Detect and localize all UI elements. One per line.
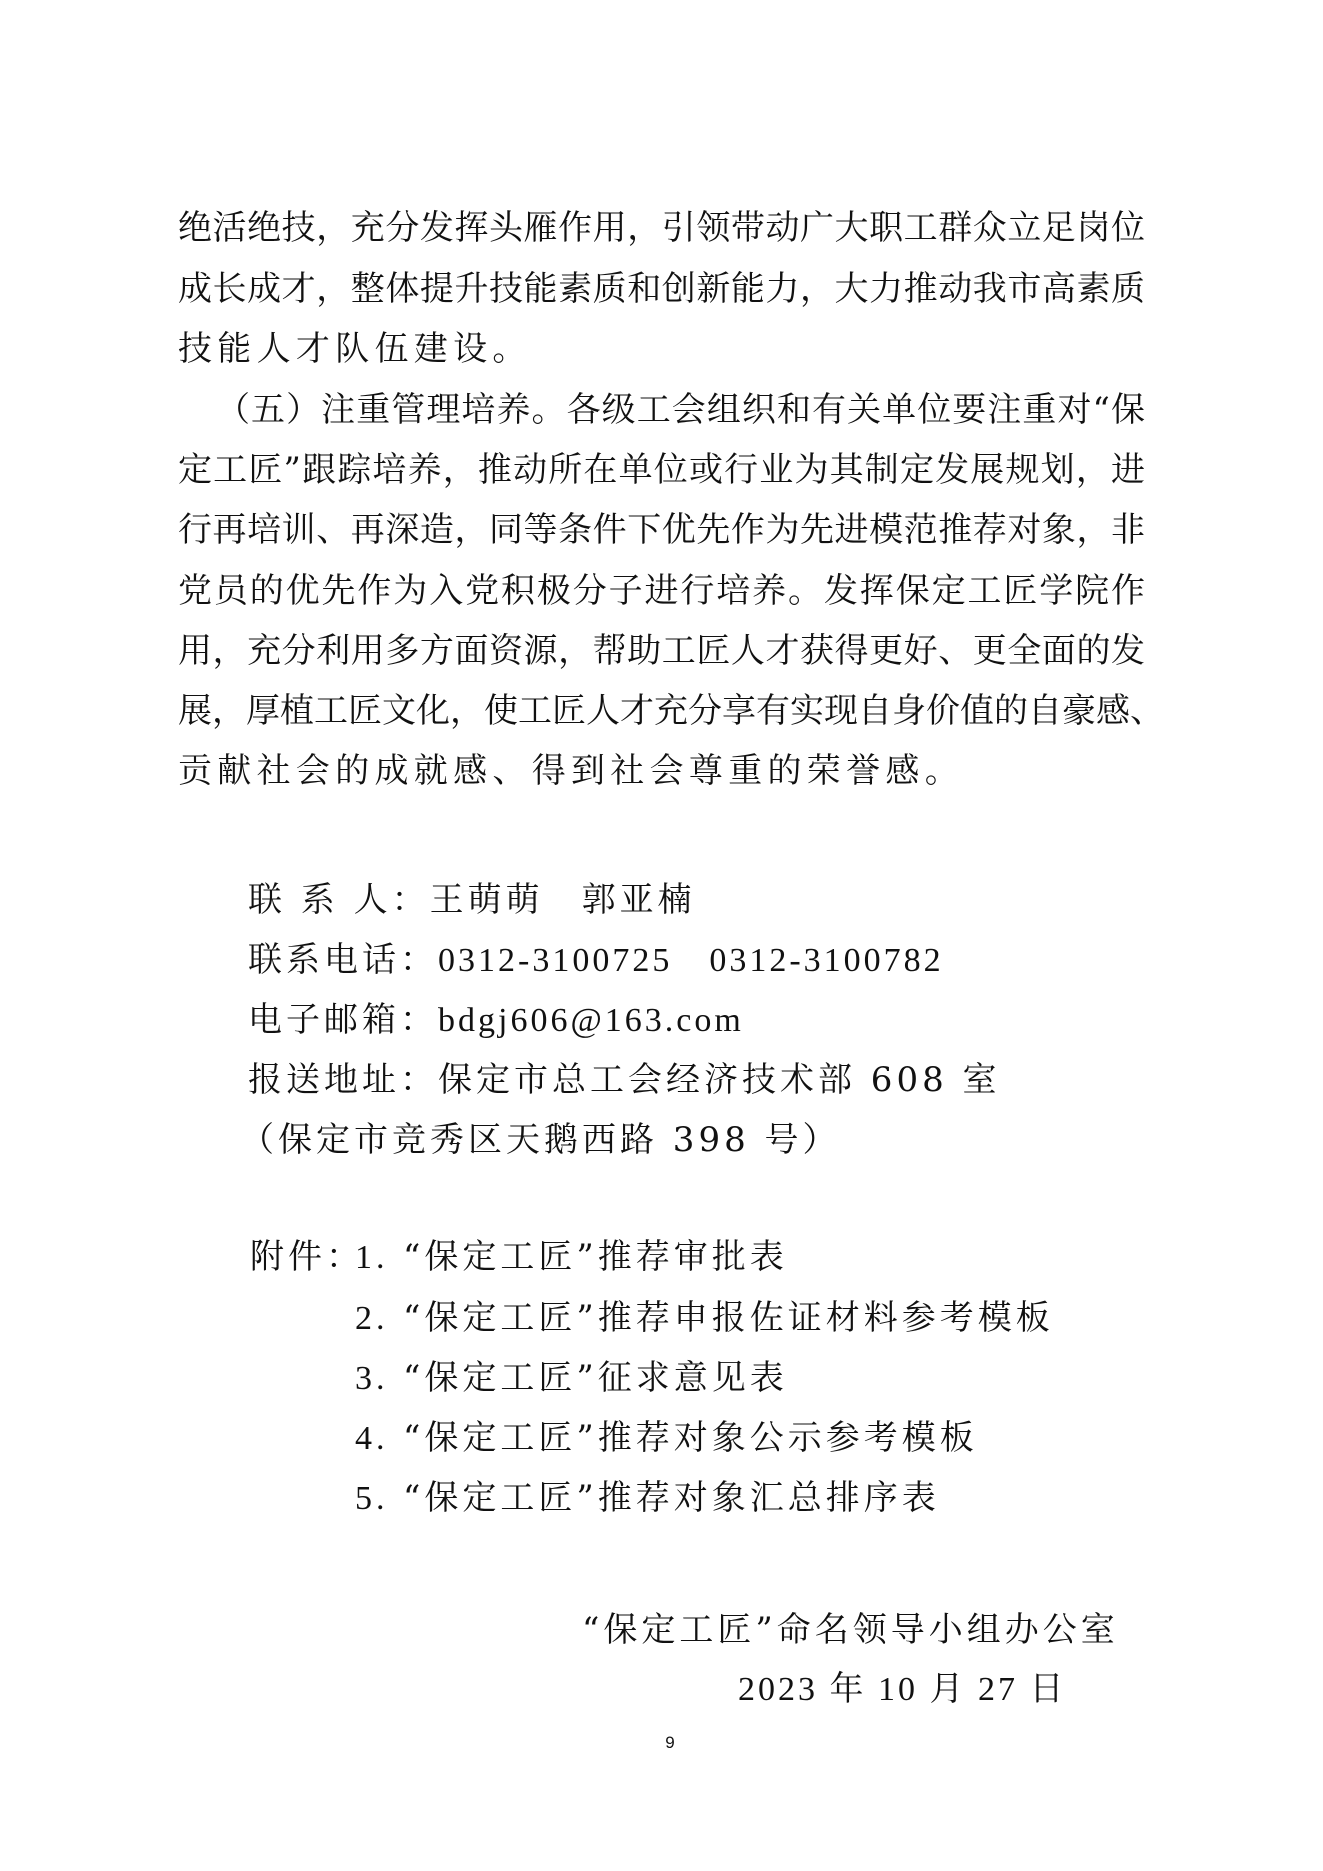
page-number: 9 xyxy=(660,1731,680,1755)
attachment-item: 1.“保定工匠”推荐审批表 xyxy=(355,1237,788,1277)
paragraph-line: 贡献社会的成就感、得到社会尊重的荣誉感。 xyxy=(178,751,1145,791)
contact-phone-label: 联系电话： xyxy=(248,940,438,980)
contact-person-names: 王萌萌 郭亚楠 xyxy=(430,880,696,920)
paragraph-line: 行再培训、再深造，同等条件下优先作为先进模范推荐对象，非 xyxy=(178,510,1145,550)
paragraph-line: 展，厚植工匠文化，使工匠人才充分享有实现自身价值的自豪感、 xyxy=(178,691,1145,731)
attachment-item: 3.“保定工匠”征求意见表 xyxy=(355,1358,788,1398)
attachment-number: 2. xyxy=(355,1299,403,1339)
attachment-title: “保定工匠”推荐申报佐证材料参考模板 xyxy=(403,1298,1054,1338)
attachment-title: “保定工匠”推荐对象公示参考模板 xyxy=(403,1418,978,1458)
paragraph-line: 党员的优先作为入党积极分子进行培养。发挥保定工匠学院作 xyxy=(178,571,1145,611)
contact-address-label: 报送地址： xyxy=(248,1060,438,1100)
attachment-title: “保定工匠”推荐对象汇总排序表 xyxy=(403,1478,940,1518)
contact-address: 保定市总工会经济技术部 608 室 xyxy=(438,1060,1001,1100)
contact-phone-numbers: 0312-3100725 0312-3100782 xyxy=(438,942,944,979)
attachments-label: 附件： xyxy=(250,1237,364,1277)
paragraph-line: （五）注重管理培养。各级工会组织和有关单位要注重对“保 xyxy=(216,390,1145,430)
paragraph-line: 用，充分利用多方面资源，帮助工匠人才获得更好、更全面的发 xyxy=(178,631,1145,671)
paragraph-line: 定工匠”跟踪培养，推动所在单位或行业为其制定发展规划，进 xyxy=(178,450,1145,490)
paragraph-line: 成长成才，整体提升技能素质和创新能力，大力推动我市高素质 xyxy=(178,269,1145,309)
issue-date: 2023 年 10 月 27 日 xyxy=(738,1670,1067,1710)
document-page: 绝活绝技，充分发挥头雁作用，引领带动广大职工群众立足岗位 成长成才，整体提升技能… xyxy=(0,0,1323,1871)
attachment-title: “保定工匠”征求意见表 xyxy=(403,1358,788,1398)
paragraph-line: 绝活绝技，充分发挥头雁作用，引领带动广大职工群众立足岗位 xyxy=(178,208,1145,248)
paragraph-line: 技能人才队伍建设。 xyxy=(178,329,1145,369)
contact-phone-row: 联系电话：0312-3100725 0312-3100782 xyxy=(248,940,944,980)
contact-email-label: 电子邮箱： xyxy=(248,1000,438,1040)
contact-address-detail: （保定市竞秀区天鹅西路 398 号） xyxy=(240,1120,841,1160)
attachment-title: “保定工匠”推荐审批表 xyxy=(403,1237,788,1277)
contact-email-row: 电子邮箱：bdgj606@163.com xyxy=(248,1000,744,1040)
attachment-number: 3. xyxy=(355,1359,403,1399)
contact-person-row: 联 系 人：王萌萌 郭亚楠 xyxy=(248,880,696,920)
issuer-name: “保定工匠”命名领导小组办公室 xyxy=(582,1610,1119,1650)
contact-person-label: 联 系 人： xyxy=(248,880,430,920)
attachment-item: 5.“保定工匠”推荐对象汇总排序表 xyxy=(355,1478,940,1518)
contact-email-address[interactable]: bdgj606@163.com xyxy=(438,1002,744,1039)
attachment-number: 1. xyxy=(355,1238,403,1278)
attachment-number: 5. xyxy=(355,1479,403,1519)
contact-address-row: 报送地址：保定市总工会经济技术部 608 室 xyxy=(248,1060,1001,1100)
attachment-item: 2.“保定工匠”推荐申报佐证材料参考模板 xyxy=(355,1298,1054,1338)
attachment-item: 4.“保定工匠”推荐对象公示参考模板 xyxy=(355,1418,978,1458)
attachment-number: 4. xyxy=(355,1419,403,1459)
